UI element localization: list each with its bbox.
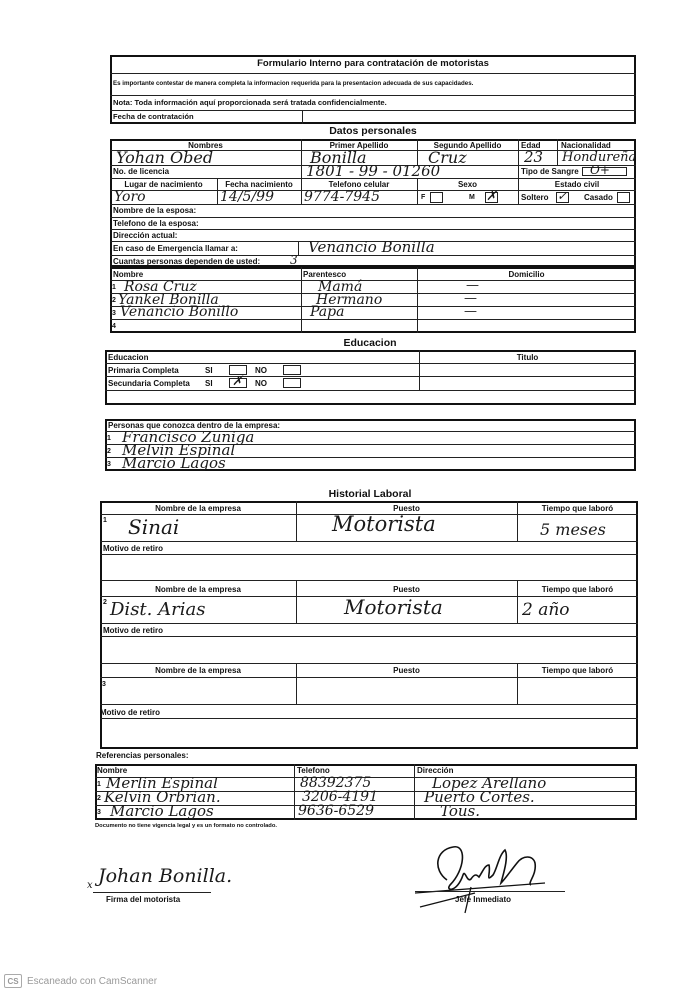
job-puesto[interactable]: Motorista	[344, 597, 443, 617]
label-nacionalidad: Nacionalidad	[561, 142, 611, 150]
mark-secundaria-si: ✗	[232, 375, 243, 388]
field-licencia[interactable]: 1801 - 99 - 01260	[306, 164, 440, 179]
field-tipo-sangre[interactable]: O+	[590, 164, 610, 176]
dependents-header-nombre: Nombre	[113, 271, 143, 279]
education-header-titulo: Titulo	[419, 354, 636, 362]
checkbox-secundaria-no[interactable]	[283, 378, 301, 388]
known-person-name[interactable]: Marcio Lagos	[122, 456, 226, 471]
field-edad[interactable]: 23	[524, 150, 543, 165]
work-header-empresa: Nombre de la empresa	[100, 505, 296, 513]
label-casado: Casado	[584, 194, 613, 202]
job-empresa[interactable]	[110, 682, 290, 700]
work-header-tiempo: Tiempo que laboró	[517, 505, 638, 513]
checkbox-sexo-f[interactable]	[430, 192, 443, 203]
instructions-text: Es importante contestar de manera comple…	[113, 81, 473, 87]
section-title-personal: Datos personales	[110, 125, 636, 137]
form-title: Formulario Interno para contratación de …	[110, 59, 636, 69]
education-header-left: Educacion	[108, 354, 148, 362]
job-motivo[interactable]	[104, 721, 634, 745]
label-sexo: Sexo	[417, 181, 518, 189]
label-lugar-nacimiento: Lugar de nacimiento	[110, 181, 217, 189]
label-emergencia: En caso de Emergencia llamar a:	[113, 245, 238, 253]
job-puesto[interactable]: Motorista	[332, 514, 436, 535]
reference-phone[interactable]: 88392375	[300, 776, 371, 790]
label-dependientes: Cuantas personas dependen de usted:	[113, 258, 260, 266]
camscanner-text: Escaneado con CamScanner	[27, 976, 157, 987]
reference-address[interactable]: Tous.	[440, 804, 480, 819]
field-fecha-nacimiento[interactable]: 14/5/99	[220, 190, 274, 204]
job-puesto[interactable]	[300, 682, 510, 700]
section-title-work-history: Historial Laboral	[100, 488, 640, 500]
job-motivo[interactable]	[104, 556, 634, 578]
mark-sexo-m: ✗	[486, 190, 497, 203]
job-empresa[interactable]: Sinai	[128, 517, 179, 537]
label-telefono: Telefono celular	[301, 181, 417, 189]
field-nombres[interactable]: Yohan Obed	[116, 150, 213, 166]
label-sexo-m: M	[469, 194, 475, 201]
job-motivo-label: Motivo de retiro	[103, 627, 163, 635]
job-motivo-label: Motivo de retiro	[100, 709, 160, 717]
reference-name[interactable]: Marcio Lagos	[110, 804, 214, 819]
job-tiempo[interactable]: 5 meses	[540, 522, 606, 538]
driver-signature-prefix: x	[87, 881, 93, 891]
field-telefono[interactable]: 9774-7945	[304, 190, 380, 204]
job-tiempo[interactable]: 2 año	[522, 602, 570, 619]
dependents-header-domicilio: Domicilio	[417, 271, 636, 279]
job-tiempo[interactable]	[521, 682, 633, 700]
dependent-address[interactable]: —	[464, 305, 477, 318]
label-direccion: Dirección actual:	[113, 232, 177, 240]
field-lugar-nacimiento[interactable]: Yoro	[114, 190, 146, 204]
label-estado-civil: Estado civil	[518, 181, 636, 189]
label-licencia: No. de licencia	[113, 168, 169, 176]
label-fecha-nacimiento: Fecha nacimiento	[217, 181, 301, 189]
camscanner-watermark: CS Escaneado con CamScanner	[4, 974, 157, 988]
dependent-relation[interactable]: Papa	[310, 305, 344, 319]
dependents-header-parentesco: Parentesco	[303, 271, 346, 279]
label-soltero: Soltero	[521, 194, 549, 202]
field-dependientes[interactable]: 3	[290, 254, 298, 266]
field-emergencia[interactable]: Venancio Bonilla	[308, 240, 435, 255]
job-motivo-label: Motivo de retiro	[103, 545, 163, 553]
label-esposa-telefono: Telefono de la esposa:	[113, 220, 199, 228]
confidentiality-note: Nota: Toda información aquí proporcionad…	[113, 99, 387, 107]
hire-date-field[interactable]	[306, 112, 632, 123]
label-tipo-sangre: Tipo de Sangre	[521, 168, 579, 176]
driver-signature[interactable]: Johan Bonilla.	[98, 867, 232, 886]
boss-signature-label: Jefe Inmediato	[455, 896, 511, 904]
job-motivo[interactable]	[104, 638, 634, 660]
label-sexo-f: F	[421, 194, 425, 201]
hire-date-label: Fecha de contratación	[113, 113, 194, 121]
mark-soltero: ✓	[557, 190, 567, 202]
reference-phone[interactable]: 9636-6529	[298, 804, 374, 818]
reference-phone[interactable]: 3206-4191	[302, 790, 378, 804]
references-label: Referencias personales:	[96, 752, 189, 760]
label-esposa-nombre: Nombre de la esposa:	[113, 207, 196, 215]
camscanner-logo-icon: CS	[4, 974, 22, 988]
checkbox-casado[interactable]	[617, 192, 630, 203]
dependent-name[interactable]: Venancio Bonillo	[120, 305, 238, 319]
section-title-education: Educacion	[105, 337, 635, 349]
job-empresa[interactable]: Dist. Arias	[110, 601, 205, 619]
checkbox-primaria-no[interactable]	[283, 365, 301, 375]
references-header-telefono: Telefono	[297, 767, 330, 775]
driver-signature-label: Firma del motorista	[106, 896, 180, 904]
disclaimer-text: Documento no tiene vigencia legal y es u…	[95, 824, 277, 830]
